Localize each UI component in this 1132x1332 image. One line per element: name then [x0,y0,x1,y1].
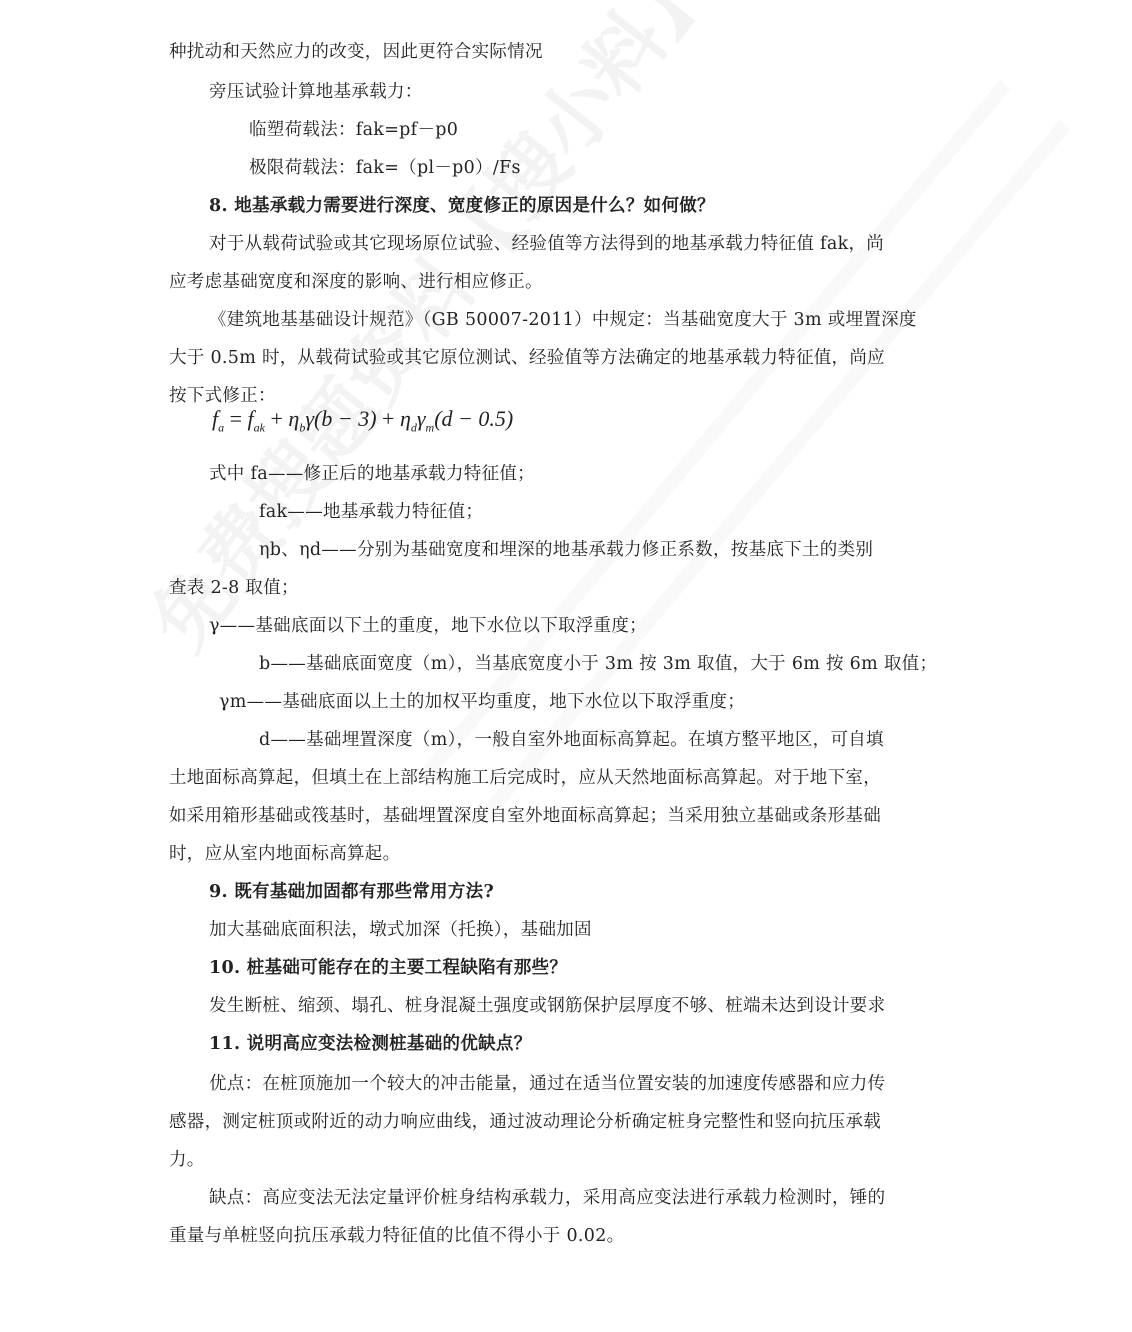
question-heading-8: 8. 地基承载力需要进行深度、宽度修正的原因是什么？如何做？ [209,194,715,218]
paragraph-line: 旁压试验计算地基承载力： [209,80,423,104]
paragraph-line: 发生断桩、缩颈、塌孔、桩身混凝土强度或钢筋保护层厚度不够、桩端未达到设计要求 [209,994,885,1018]
paragraph-line: 重量与单桩竖向抗压承载力特征值的比值不得小于 0.02。 [169,1224,624,1248]
paragraph-line: 对于从载荷试验或其它现场原位试验、经验值等方法得到的地基承载力特征值 fak，尚 [209,232,884,256]
paragraph-line: 种扰动和天然应力的改变，因此更符合实际情况 [169,40,543,64]
paragraph-line: fak——地基承载力特征值； [259,500,483,524]
paragraph-line: 如采用箱形基础或筏基时，基础埋置深度自室外地面标高算起；当采用独立基础或条形基础 [169,804,881,828]
paragraph-line: 土地面标高算起，但填土在上部结构施工后完成时，应从天然地面标高算起。对于地下室， [169,766,881,790]
paragraph-line: γ——基础底面以下土的重度，地下水位以下取浮重度； [209,614,647,638]
question-heading-10: 10. 桩基础可能存在的主要工程缺陷有那些？ [209,956,567,980]
paragraph-line: 时，应从室内地面标高算起。 [169,842,400,866]
paragraph-line: ηb、ηd——分别为基础宽度和埋深的地基承载力修正系数，按基底下土的类别 [259,538,873,562]
paragraph-line: 加大基础底面积法，墩式加深（托换），基础加固 [209,918,592,942]
paragraph-line: 《建筑地基基础设计规范》（GB 50007-2011）中规定：当基础宽度大于 3… [209,308,917,332]
paragraph-line: 查表 2-8 取值； [169,576,299,600]
paragraph-line: 力。 [169,1148,205,1172]
paragraph-line: 优点：在桩顶施加一个较大的冲击能量，通过在适当位置安装的加速度传感器和应力传 [209,1072,885,1096]
paragraph-line: d——基础埋置深度（m），一般自室外地面标高算起。在填方整平地区，可自填 [259,728,884,752]
paragraph-line: 应考虑基础宽度和深度的影响、进行相应修正。 [169,270,543,294]
paragraph-line: 式中 fa——修正后的地基承载力特征值； [209,462,535,486]
paragraph-line: 极限荷载法：fak=（pl－p0）/Fs [249,156,521,180]
question-heading-11: 11. 说明高应变法检测桩基础的优缺点？ [209,1032,532,1056]
paragraph-line: 按下式修正： [169,384,276,408]
question-heading-9: 9. 既有基础加固都有那些常用方法? [209,880,494,904]
correction-formula: fa = fak + ηbγ(b − 3) + ηdγm(d − 0.5) [212,406,513,435]
paragraph-line: 缺点：高应变法无法定量评价桩身结构承载力，采用高应变法进行承载力检测时，锤的 [209,1186,885,1210]
paragraph-line: b——基础底面宽度（m），当基底宽度小于 3m 按 3m 取值，大于 6m 按 … [259,652,937,676]
paragraph-line: γm——基础底面以上土的加权平均重度，地下水位以下取浮重度； [219,690,745,714]
paragraph-line: 大于 0.5m 时，从载荷试验或其它原位测试、经验值等方法确定的地基承载力特征值… [169,346,885,370]
document-page: 免费搜题资料【搜小料】APP 种扰动和天然应力的改变，因此更符合实际情况 旁压试… [0,0,1132,1332]
paragraph-line: 临塑荷载法：fak=pf－p0 [249,118,458,142]
paragraph-line: 感器，测定桩顶或附近的动力响应曲线，通过波动理论分析确定桩身完整性和竖向抗压承载 [169,1110,881,1134]
